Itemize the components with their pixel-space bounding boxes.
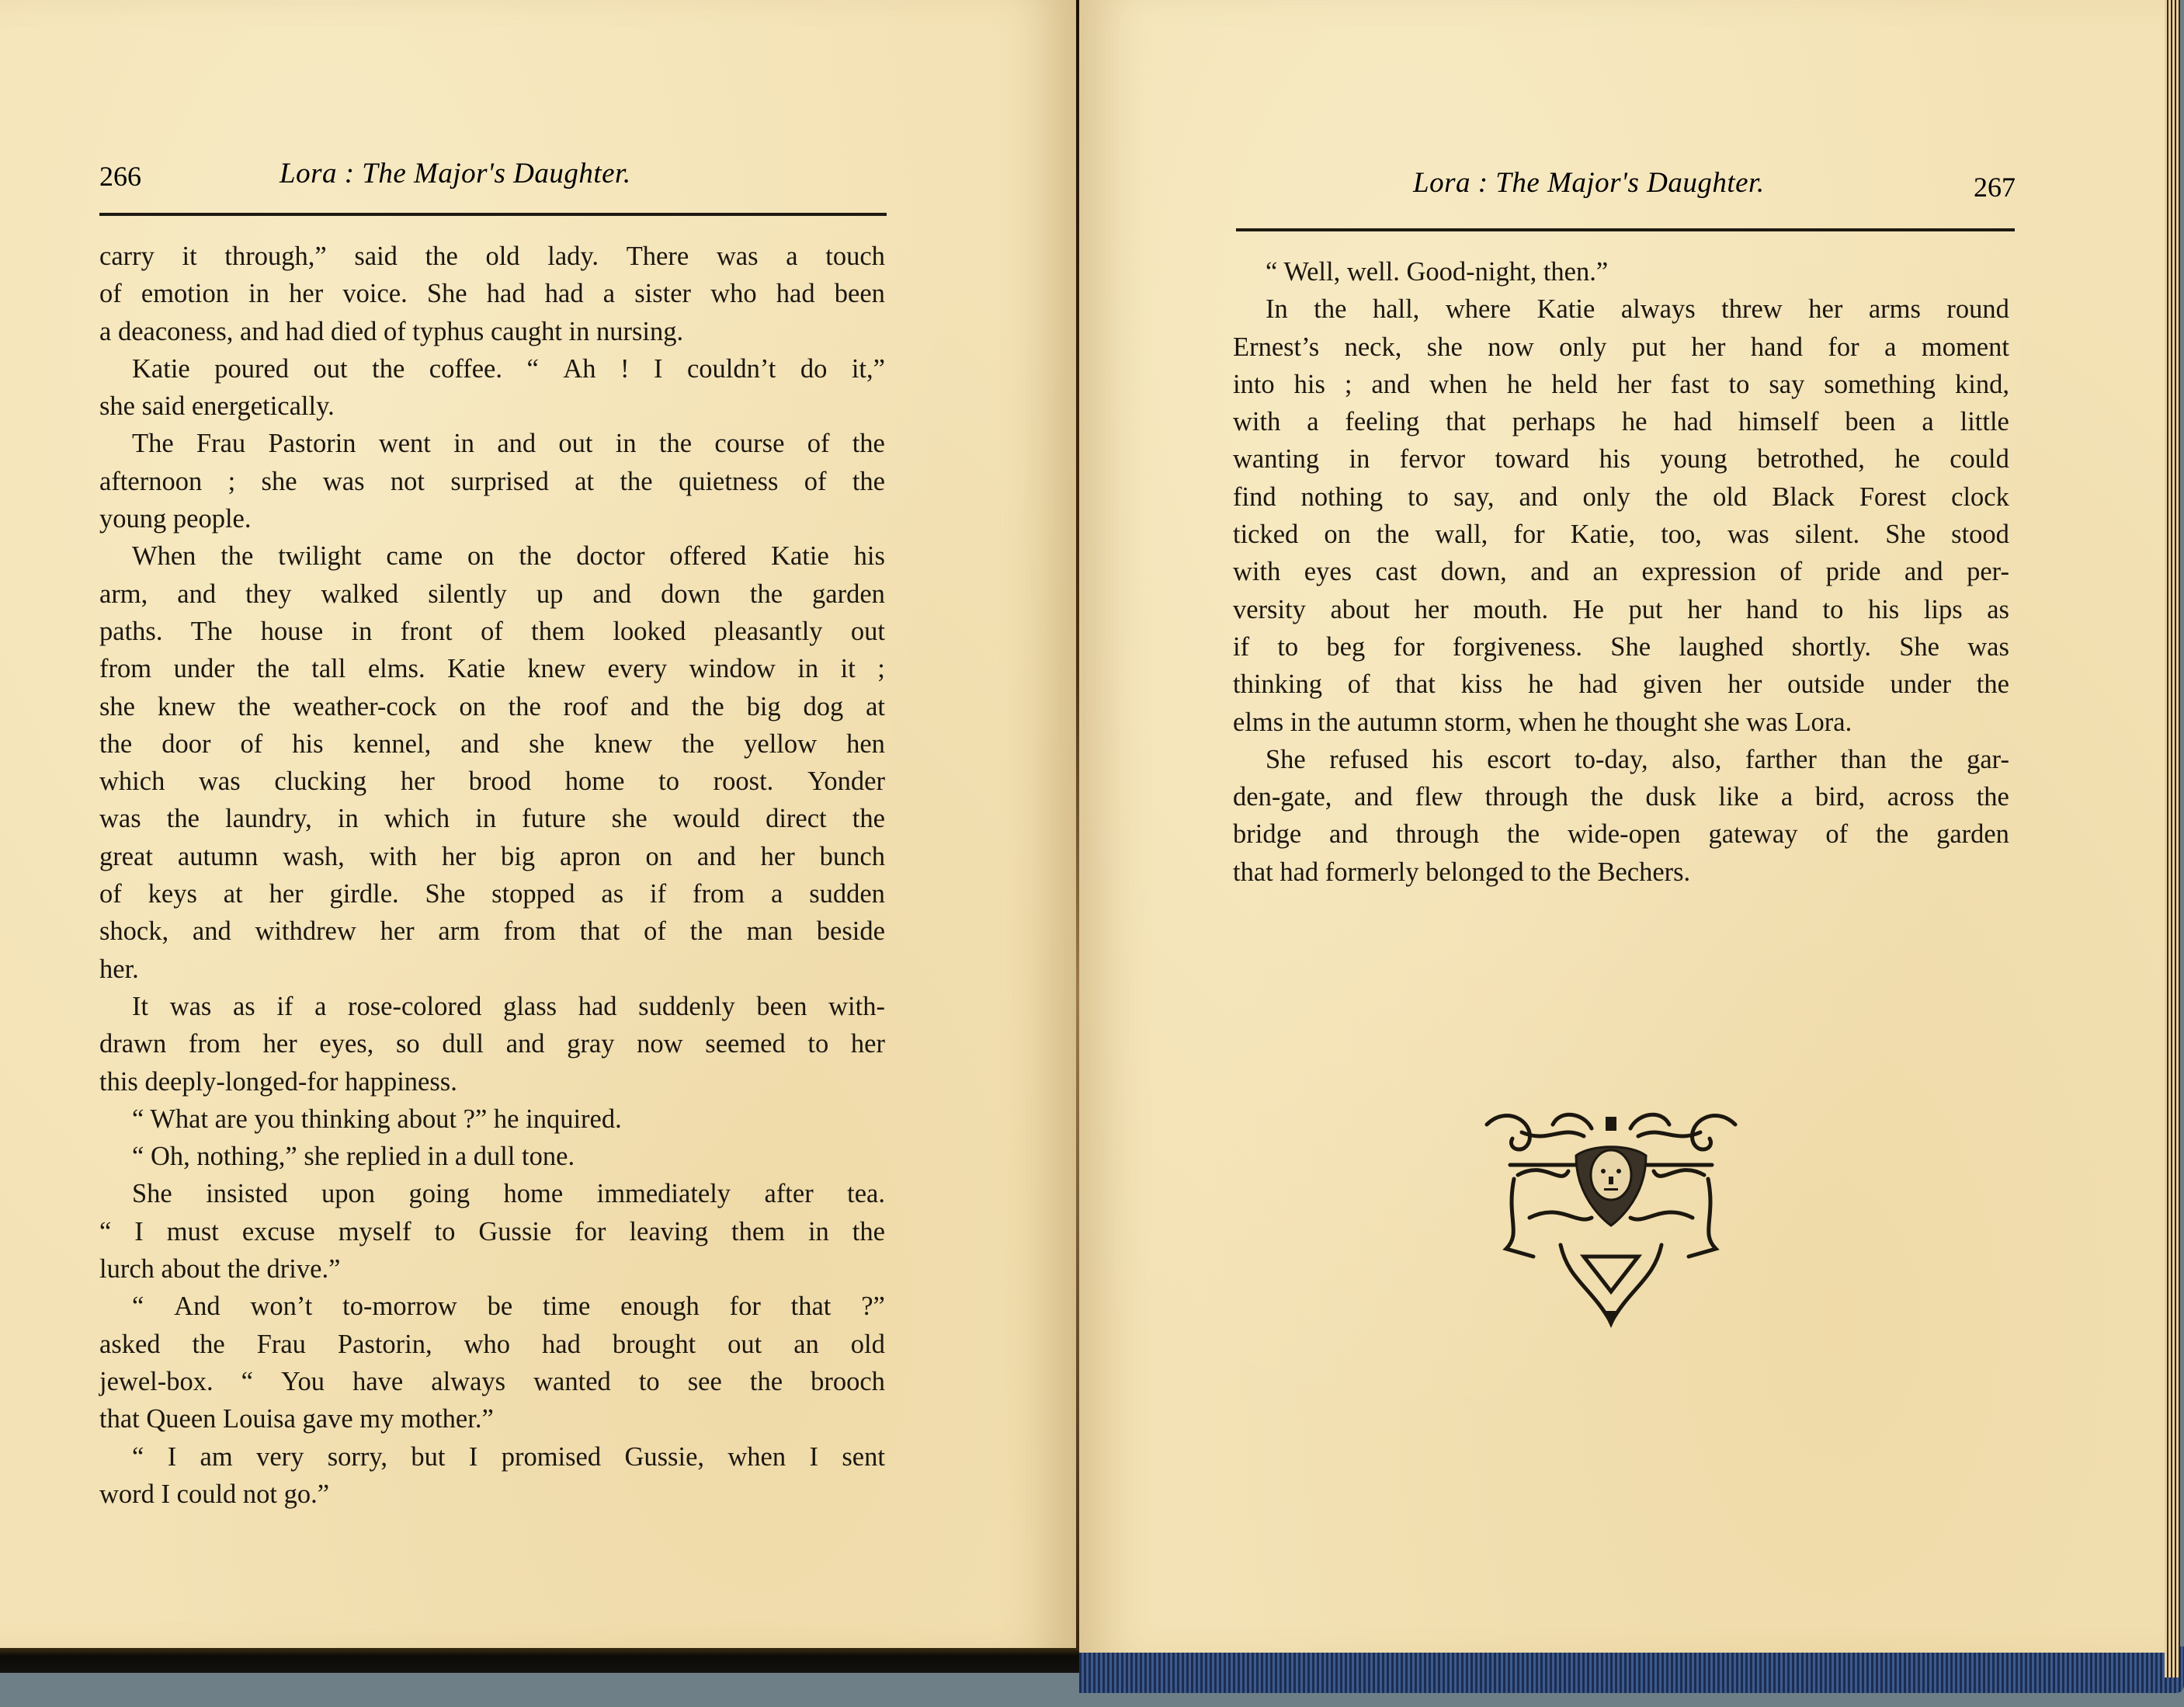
text-line: a deaconess, and had died of typhus caug…: [99, 313, 885, 350]
header-rule-left: [99, 213, 887, 216]
text-line: “ImustexcusemyselftoGussieforleavingthem…: [99, 1213, 885, 1250]
text-line: iftobegforforgiveness.Shelaughedshortly.…: [1233, 628, 2009, 666]
running-head-left: Lora : The Major's Daughter.: [280, 157, 631, 190]
header-rule-right: [1236, 228, 2015, 231]
text-line: afternoon;shewasnotsurprisedatthequietne…: [99, 463, 885, 500]
text-line: den-gate,andflewthroughthedusklikeabird,…: [1233, 778, 2009, 815]
text-line: Katiepouredoutthecoffee.“Ah!Icouldn’tdoi…: [99, 350, 885, 388]
text-line: paths.Thehouseinfrontofthemlookedpleasan…: [99, 613, 885, 650]
text-line: versityabouthermouth.Heputherhandtohisli…: [1233, 591, 2009, 628]
cloth-binding: [1079, 1646, 2184, 1693]
tailpiece-ornament-icon: [1475, 1101, 1747, 1328]
text-line: Inthehall,whereKatiealwaysthrewherarmsro…: [1233, 290, 2009, 328]
book-bottom-edge-left: [0, 1645, 1081, 1673]
text-line: ofemotioninhervoice.Shehadhadasisterwhoh…: [99, 275, 885, 312]
text-line: this deeply-longed-for happiness.: [99, 1063, 885, 1100]
text-line: “Andwon’tto-morrowbetimeenoughforthat?”: [99, 1288, 885, 1325]
text-line: Sheinsistedupongoinghomeimmediatelyafter…: [99, 1175, 885, 1212]
right-page-body: “ Well, well. Good-night, then.”Inthehal…: [1233, 253, 2009, 891]
text-line: thinkingofthatkisshehadgivenheroutsideun…: [1233, 666, 2009, 703]
text-line: word I could not go.”: [99, 1476, 885, 1513]
text-line: young people.: [99, 500, 885, 537]
text-line: Ernest’sneck,shenowonlyputherhandforamom…: [1233, 329, 2009, 366]
page-number-left: 266: [99, 160, 141, 193]
text-line: wantinginfervortowardhisyoungbetrothed,h…: [1233, 440, 2009, 478]
page-edges-stack: [2165, 0, 2180, 1677]
text-line: that had formerly belonged to the Becher…: [1233, 853, 2009, 891]
text-line: WhenthetwilightcameonthedoctorofferedKat…: [99, 537, 885, 575]
text-line: ofkeysathergirdle.Shestoppedasiffromasud…: [99, 875, 885, 913]
text-line: intohis;andwhenheheldherfasttosaysomethi…: [1233, 366, 2009, 403]
running-head-right: Lora : The Major's Daughter.: [1413, 166, 1765, 200]
left-page-body: carryitthrough,”saidtheoldlady.Therewasa…: [99, 238, 885, 1513]
text-line: drawnfromhereyes,sodullandgraynowseemedt…: [99, 1025, 885, 1062]
text-line: shock,andwithdrewherarmfromthatofthemanb…: [99, 913, 885, 950]
text-line: “ Well, well. Good-night, then.”: [1233, 253, 2009, 290]
right-page: Lora : The Major's Daughter. 267 “ Well,…: [1079, 0, 2166, 1653]
text-line: she said energetically.: [99, 388, 885, 425]
text-line: bridgeandthroughthewide-opengatewayofthe…: [1233, 815, 2009, 853]
text-line: thedoorofhiskennel,andsheknewtheyellowhe…: [99, 725, 885, 763]
text-line: jewel-box.“Youhavealwayswantedtoseethebr…: [99, 1363, 885, 1400]
text-line: withafeelingthatperhapshehadhimselfbeena…: [1233, 403, 2009, 440]
text-line: arm,andtheywalkedsilentlyupanddownthegar…: [99, 575, 885, 613]
text-line: Itwasasifarose-coloredglasshadsuddenlybe…: [99, 988, 885, 1025]
text-line: “Iamverysorry,butIpromisedGussie,whenIse…: [99, 1438, 885, 1476]
text-line: elms in the autumn storm, when he though…: [1233, 704, 2009, 741]
text-line: tickedonthewall,forKatie,too,wassilent.S…: [1233, 516, 2009, 553]
open-book: 266 Lora : The Major's Daughter. carryit…: [0, 0, 2184, 1707]
text-line: Sherefusedhisescortto-day,also,fartherth…: [1233, 741, 2009, 778]
text-line: wasthelaundry,inwhichinfutureshewoulddir…: [99, 800, 885, 837]
text-line: that Queen Louisa gave my mother.”: [99, 1400, 885, 1438]
text-line: “ Oh, nothing,” she replied in a dull to…: [99, 1138, 885, 1175]
text-line: her.: [99, 951, 885, 988]
page-number-right: 267: [1974, 171, 2016, 203]
text-line: sheknewtheweather-cockontheroofandthebig…: [99, 688, 885, 725]
text-line: witheyescastdown,andanexpressionofpridea…: [1233, 553, 2009, 590]
text-line: lurch about the drive.”: [99, 1250, 885, 1288]
text-line: TheFrauPastorinwentinandoutinthecourseof…: [99, 425, 885, 462]
text-line: whichwascluckingherbroodhometoroost.Yond…: [99, 763, 885, 800]
text-line: greatautumnwash,withherbigaprononandherb…: [99, 838, 885, 875]
text-line: askedtheFrauPastorin,whohadbroughtoutano…: [99, 1326, 885, 1363]
text-line: “ What are you thinking about ?” he inqu…: [99, 1100, 885, 1138]
text-line: carryitthrough,”saidtheoldlady.Therewasa…: [99, 238, 885, 275]
left-page: 266 Lora : The Major's Daughter. carryit…: [0, 0, 1079, 1648]
text-line: fromunderthetallelms.Katiekneweverywindo…: [99, 650, 885, 687]
text-line: findnothingtosay,andonlytheoldBlackFores…: [1233, 478, 2009, 516]
